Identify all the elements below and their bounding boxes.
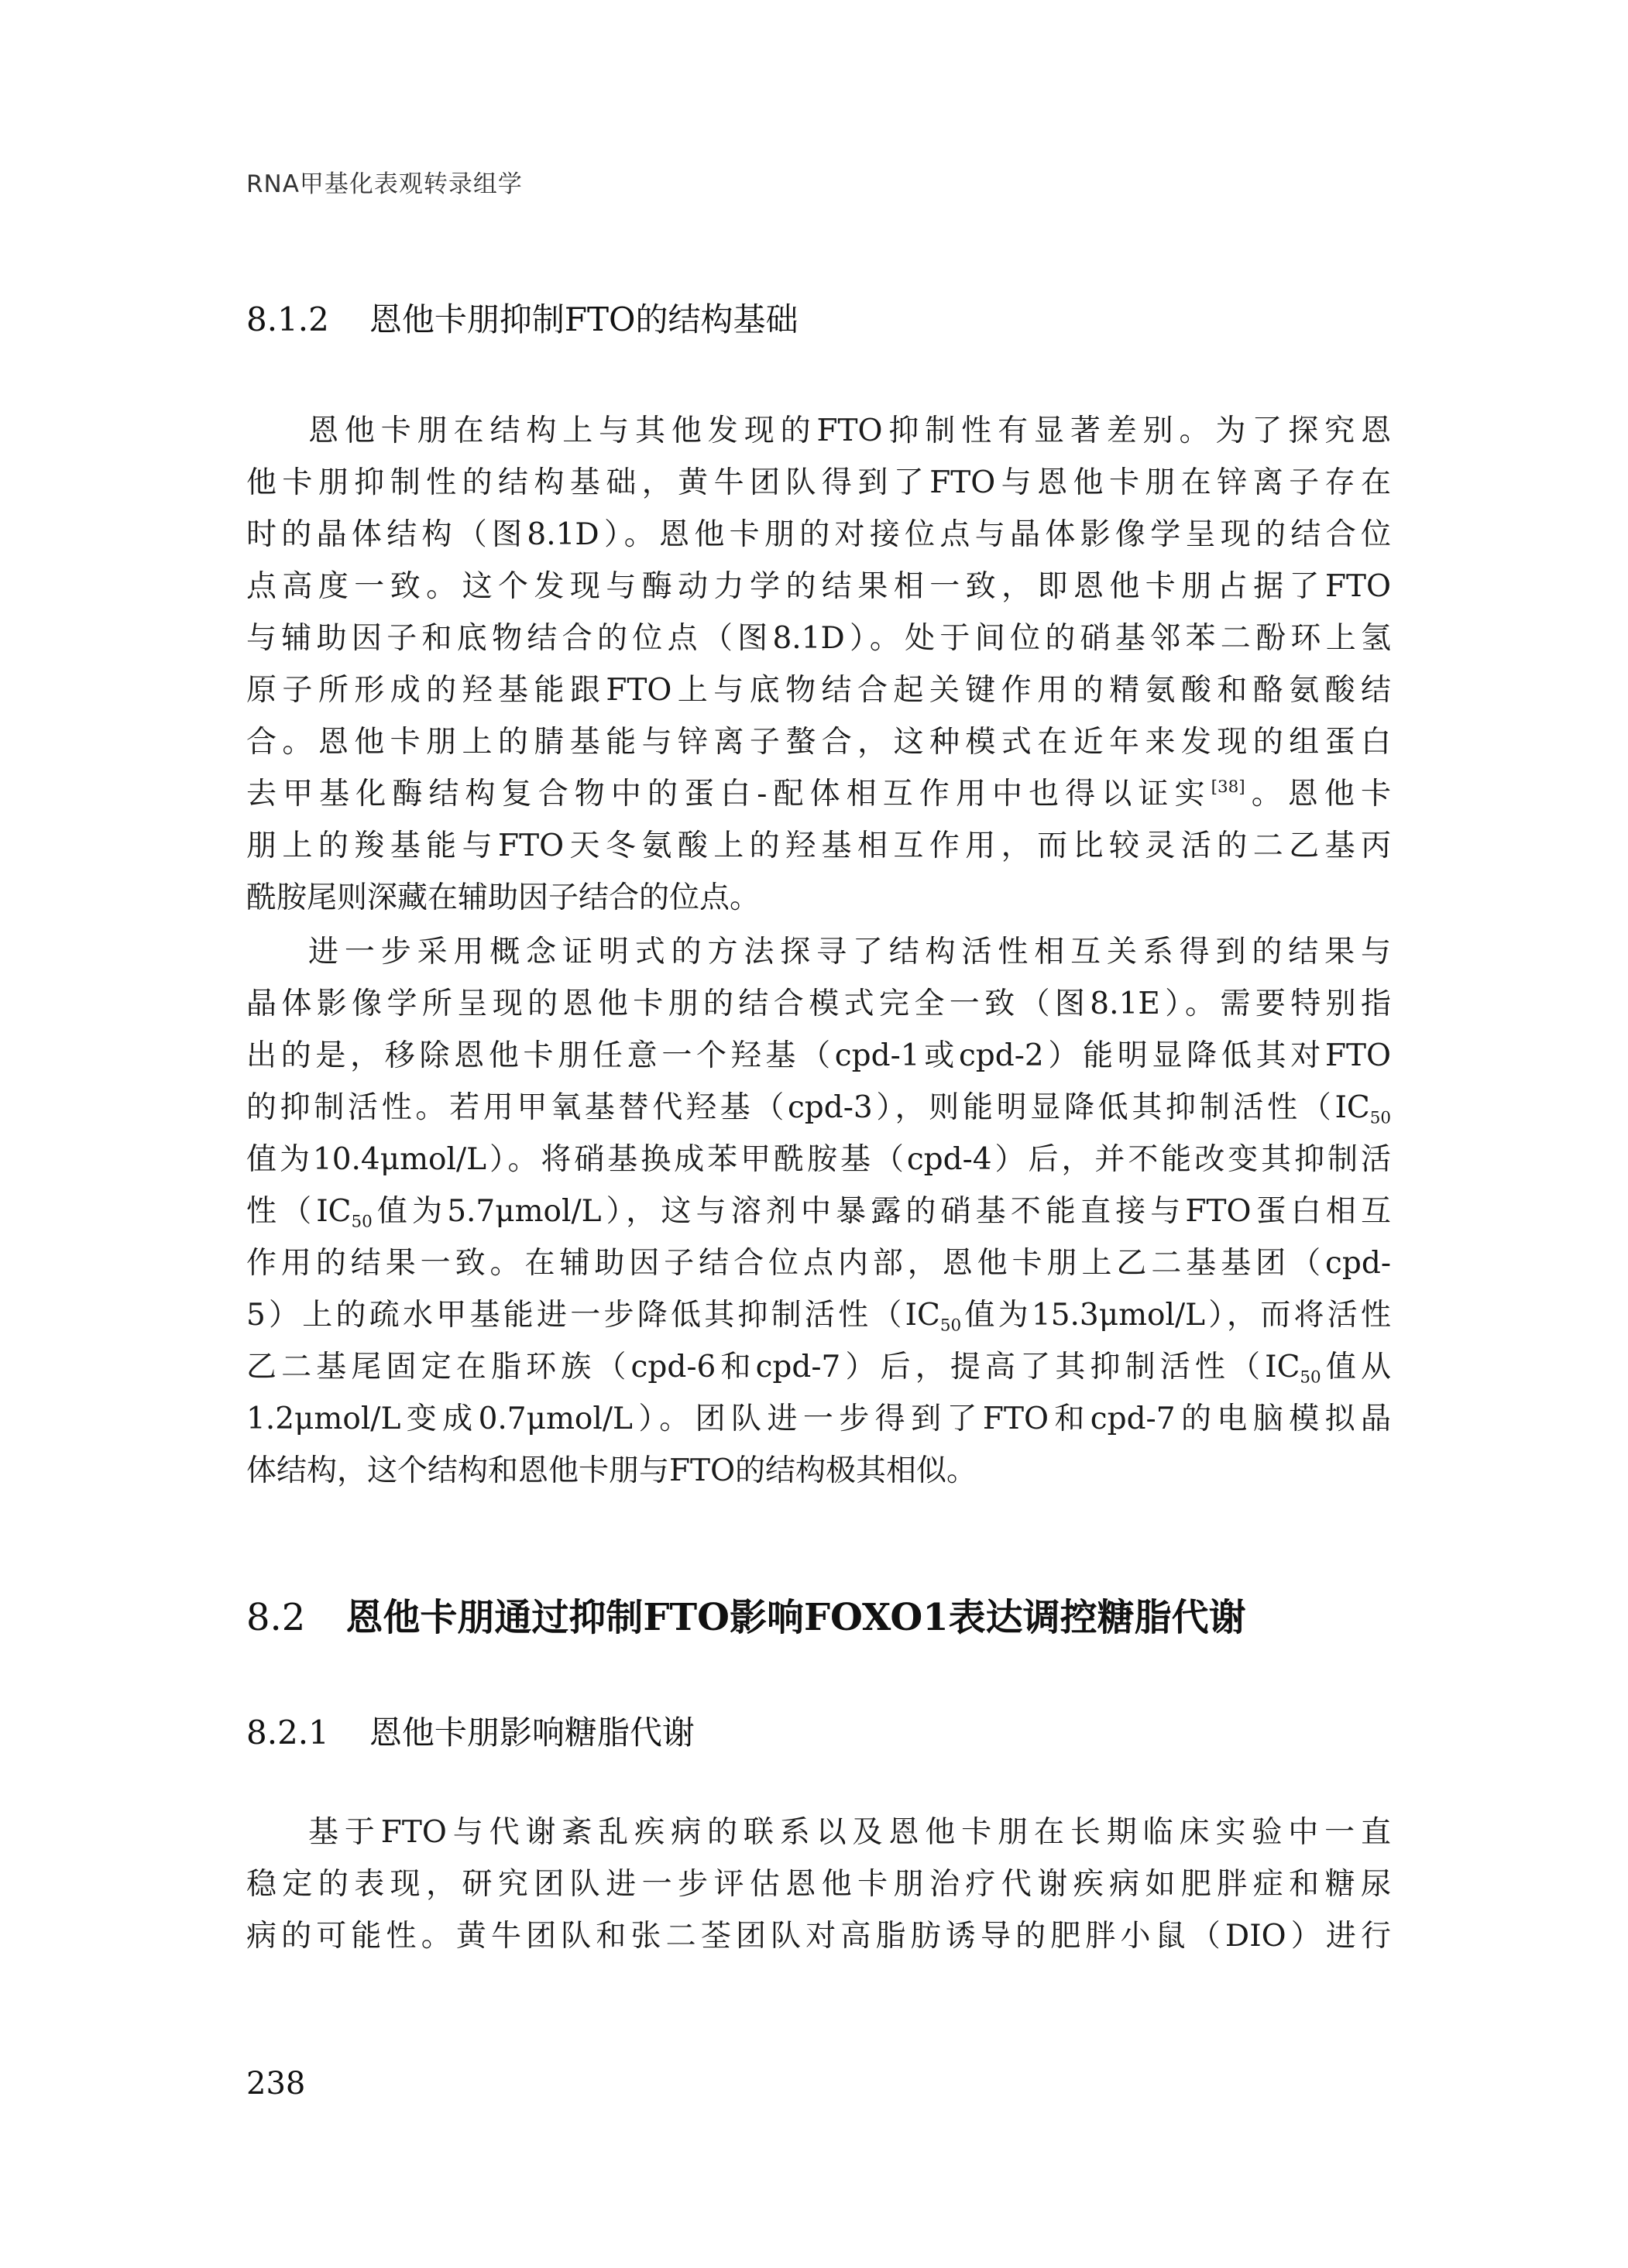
running-header: RNA甲基化表观转录组学 (246, 164, 523, 199)
text-line: 晶体影像学所呈现的恩他卡朋的结合模式完全一致（图8.1E）。需要特别指 (246, 980, 1391, 1023)
text-segment: 去甲基化酶结构复合物中的蛋白-配体相互作用中也得以证实 (246, 777, 1211, 811)
text-line: 作用的结果一致。在辅助因子结合位点内部，恩他卡朋上乙二基基团（cpd- (246, 1239, 1391, 1282)
subscript: 50 (940, 1316, 961, 1336)
text-segment: 的抑制活性。若用甲氧基替代羟基（cpd-3），则能明显降低其抑制活性（IC (246, 1090, 1370, 1125)
text-segment: 。恩他卡 (1245, 777, 1391, 811)
text-line: 出的是，移除恩他卡朋任意一个羟基（cpd-1或cpd-2）能明显降低其对FTO (246, 1031, 1391, 1075)
text-segment: 性（IC (246, 1194, 352, 1229)
text-segment: 值为15.3μmol/L），而将活性 (961, 1298, 1391, 1333)
text-line: 病的可能性。黄牛团队和张二荃团队对高脂肪诱导的肥胖小鼠（DIO）进行 (246, 1912, 1391, 1955)
text-line-with-citation: 去甲基化酶结构复合物中的蛋白-配体相互作用中也得以证实[38]。恩他卡 (246, 770, 1391, 813)
subscript: 50 (1370, 1109, 1391, 1128)
text-line: 值为10.4μmol/L）。将硝基换成苯甲酰胺基（cpd-4）后，并不能改变其抑… (246, 1135, 1391, 1179)
text-segment: 值从 (1321, 1350, 1391, 1384)
text-line: 5）上的疏水甲基能进一步降低其抑制活性（IC50值为15.3μmol/L），而将… (246, 1291, 1391, 1336)
section-heading-8-2: 8.2恩他卡朋通过抑制FTO影响FOXO1表达调控糖脂代谢 (246, 1587, 1246, 1641)
text-line: 酰胺尾则深藏在辅助因子结合的位点。 (246, 873, 1391, 917)
text-line: 合。恩他卡朋上的腈基能与锌离子螯合，这种模式在近年来发现的组蛋白 (246, 718, 1391, 761)
text-line: 体结构，这个结构和恩他卡朋与FTO的结构极其相似。 (246, 1446, 1391, 1490)
section-number: 8.2.1 (246, 1714, 329, 1752)
section-title: 恩他卡朋抑制FTO的结构基础 (369, 300, 799, 338)
text-line: 原子所形成的羟基能跟FTO上与底物结合起关键作用的精氨酸和酪氨酸结 (246, 666, 1391, 709)
subscript: 50 (1300, 1368, 1321, 1388)
text-line: 朋上的羧基能与FTO天冬氨酸上的羟基相互作用，而比较灵活的二乙基丙 (246, 822, 1391, 865)
text-line: 乙二基尾固定在脂环族（cpd-6和cpd-7）后，提高了其抑制活性（IC50值从 (246, 1343, 1391, 1388)
text-line: 进一步采用概念证明式的方法探寻了结构活性相互关系得到的结果与 (308, 928, 1391, 971)
text-line: 点高度一致。这个发现与酶动力学的结果相一致，即恩他卡朋占据了FTO (246, 562, 1391, 606)
text-line: 1.2μmol/L变成0.7μmol/L）。团队进一步得到了FTO和cpd-7的… (246, 1395, 1391, 1438)
text-segment: 乙二基尾固定在脂环族（cpd-6和cpd-7）后，提高了其抑制活性（IC (246, 1350, 1300, 1384)
text-line: 恩他卡朋在结构上与其他发现的FTO抑制性有显著差别。为了探究恩 (308, 407, 1391, 450)
text-line: 基于FTO与代谢紊乱疾病的联系以及恩他卡朋在长期临床实验中一直 (308, 1808, 1391, 1851)
text-line: 稳定的表现，研究团队进一步评估恩他卡朋治疗代谢疾病如肥胖症和糖尿 (246, 1860, 1391, 1903)
section-number: 8.2 (246, 1596, 305, 1639)
text-line: 他卡朋抑制性的结构基础，黄牛团队得到了FTO与恩他卡朋在锌离子存在 (246, 458, 1391, 502)
text-line: 性（IC50值为5.7μmol/L），这与溶剂中暴露的硝基不能直接与FTO蛋白相… (246, 1187, 1391, 1232)
section-title: 恩他卡朋影响糖脂代谢 (369, 1714, 695, 1752)
citation-link[interactable]: [38] (1211, 777, 1245, 797)
text-line: 与辅助因子和底物结合的位点（图8.1D）。处于间位的硝基邻苯二酚环上氢 (246, 614, 1391, 657)
text-line: 的抑制活性。若用甲氧基替代羟基（cpd-3），则能明显降低其抑制活性（IC50 (246, 1083, 1391, 1128)
text-segment: 5）上的疏水甲基能进一步降低其抑制活性（IC (246, 1298, 940, 1333)
text-line: 时的晶体结构（图8.1D）。恩他卡朋的对接位点与晶体影像学呈现的结合位 (246, 510, 1391, 554)
section-heading-8-1-2: 8.1.2恩他卡朋抑制FTO的结构基础 (246, 294, 798, 341)
section-number: 8.1.2 (246, 300, 329, 338)
text-segment: 值为5.7μmol/L），这与溶剂中暴露的硝基不能直接与FTO蛋白相互 (373, 1194, 1391, 1229)
page-number: 238 (246, 2066, 305, 2102)
subscript: 50 (352, 1213, 373, 1232)
section-heading-8-2-1: 8.2.1恩他卡朋影响糖脂代谢 (246, 1707, 695, 1754)
section-title: 恩他卡朋通过抑制FTO影响FOXO1表达调控糖脂代谢 (345, 1596, 1245, 1639)
